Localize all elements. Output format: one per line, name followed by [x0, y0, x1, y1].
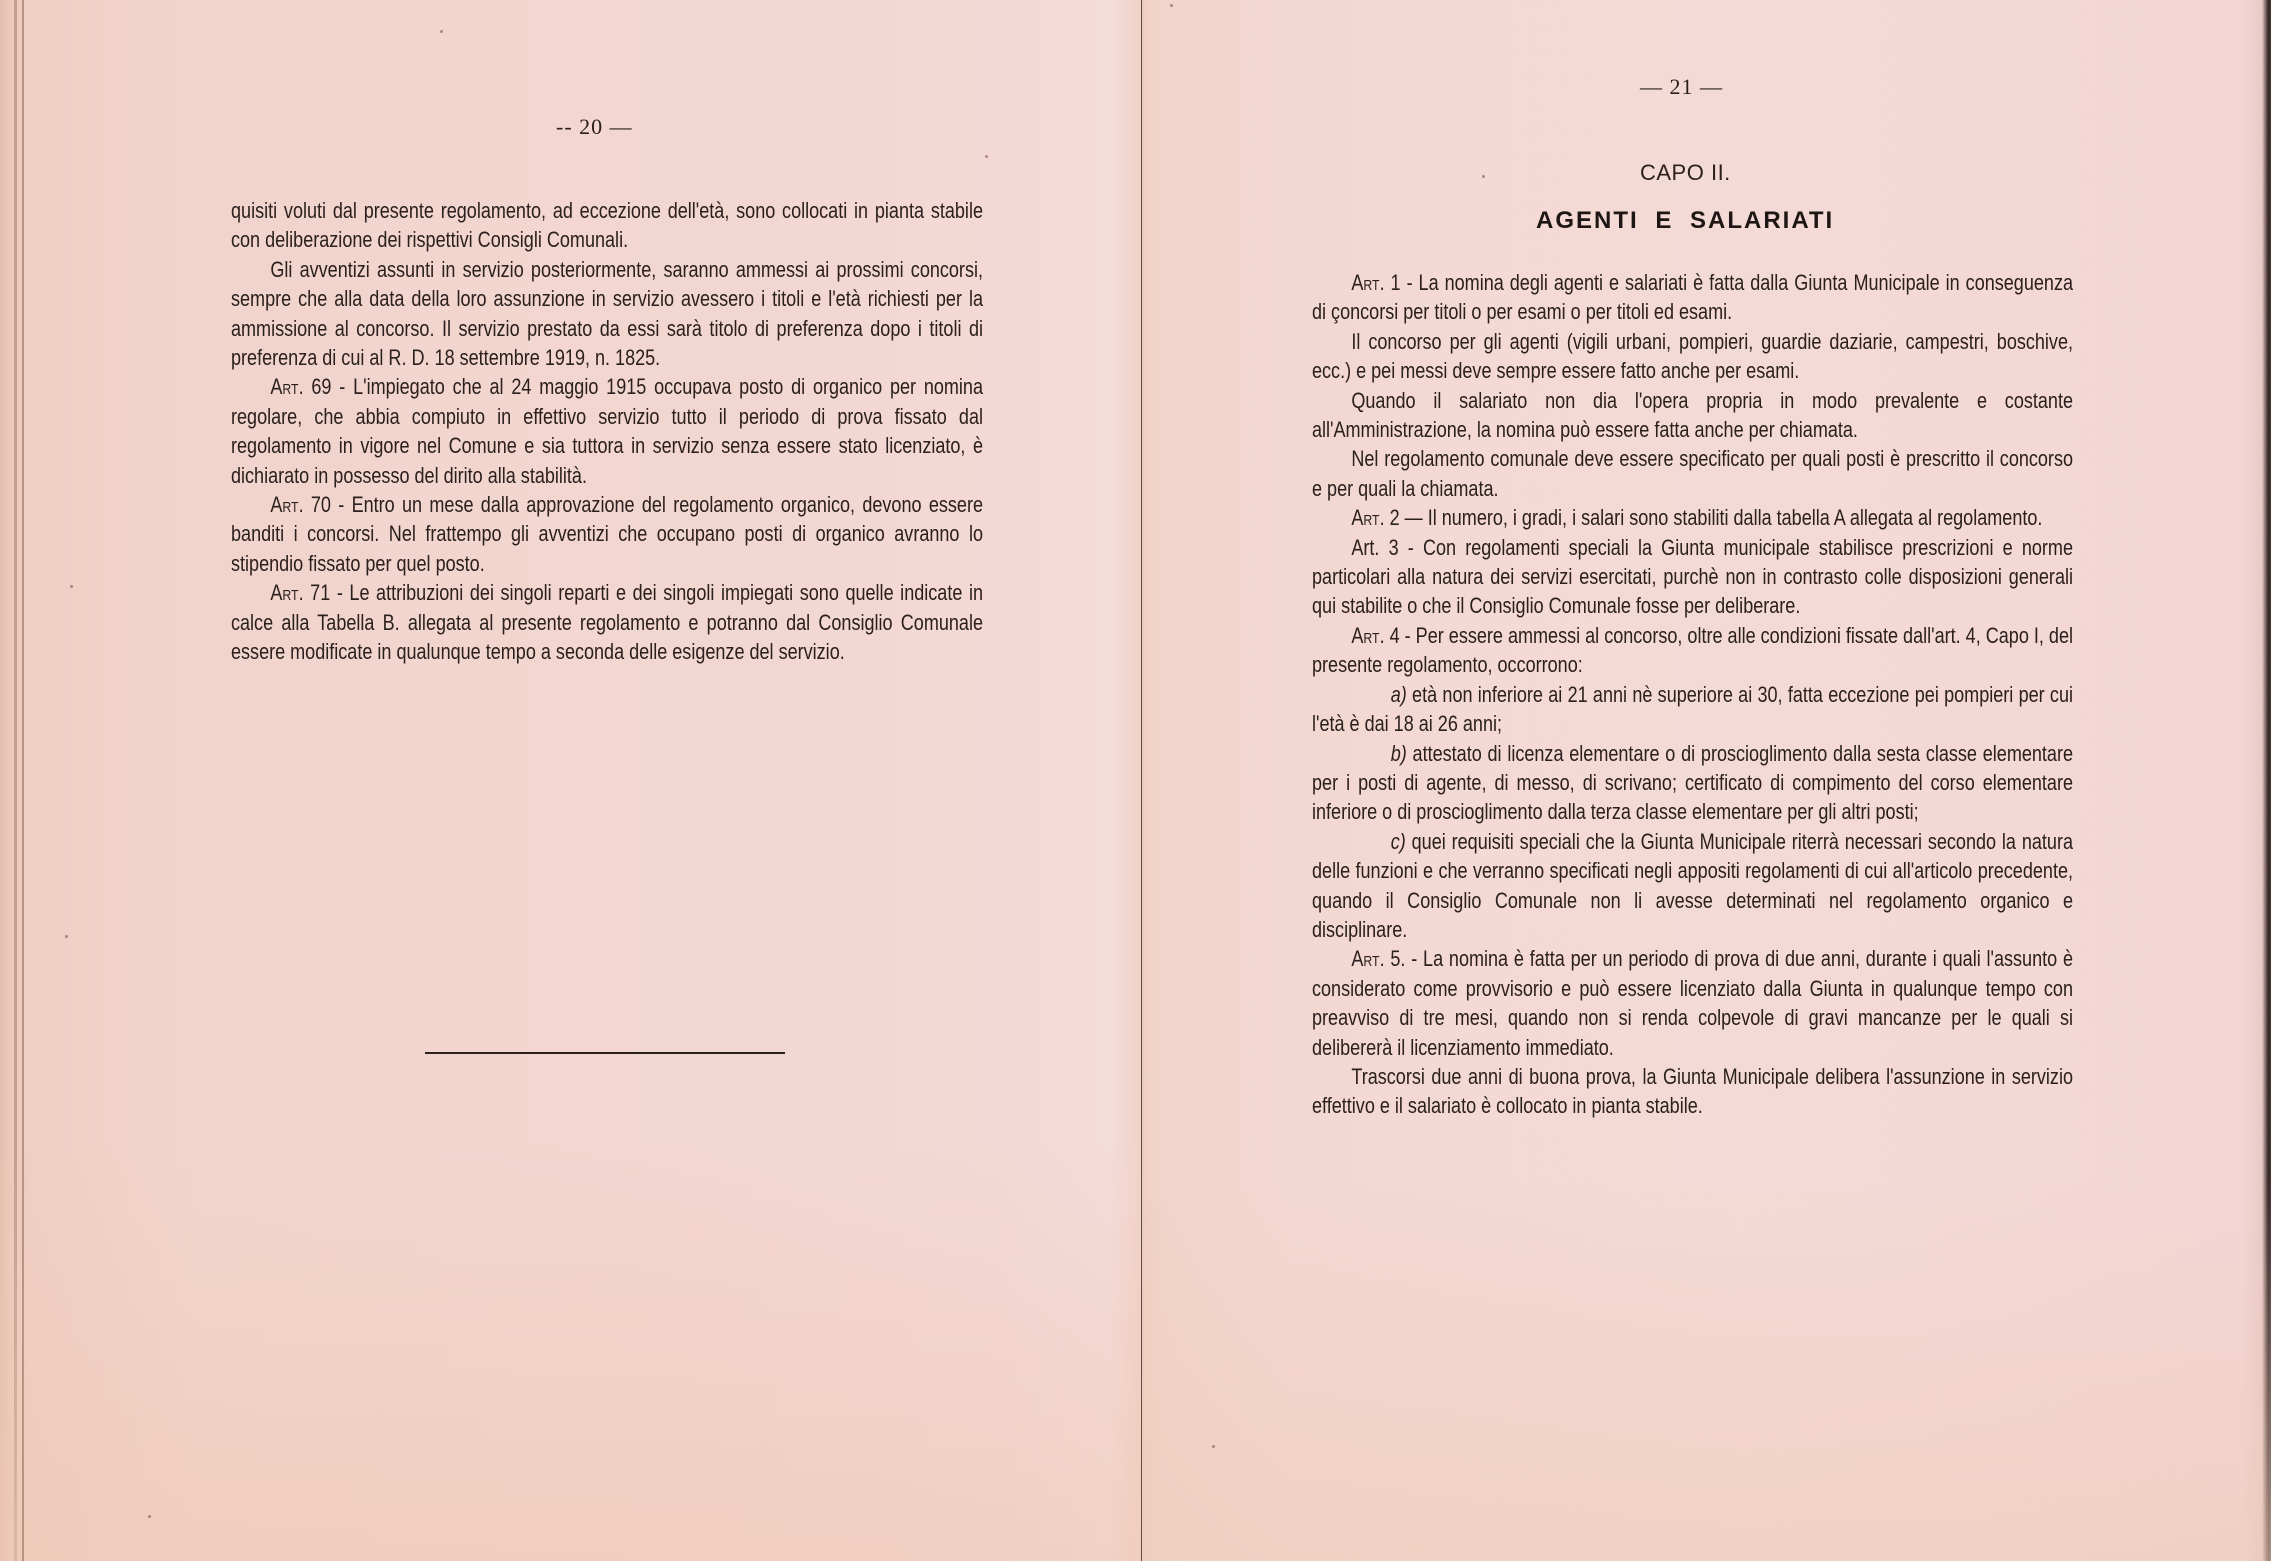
article-label: Art. 4	[1351, 623, 1399, 648]
paragraph-regolamento-comunale: Nel regolamento comunale deve essere spe…	[1312, 444, 2073, 503]
page-number-right: — 21 —	[1640, 74, 1723, 100]
paper-discoloration	[0, 1141, 1141, 1561]
paragraph-avventizi: Gli avventizi assunti in servizio poster…	[231, 255, 983, 373]
article-text: - Entro un mese dalla approvazione del r…	[231, 492, 983, 576]
left-page-body: quisiti voluti dal presente regolamento,…	[231, 196, 983, 667]
requirement-item-b: b) attestato di licenza elementare o di …	[1312, 739, 2073, 827]
end-of-chapter-rule	[425, 1052, 785, 1054]
paper-speck	[985, 155, 988, 158]
item-label: a)	[1391, 682, 1407, 707]
article-71: Art. 71 - Le attribuzioni dei singoli re…	[231, 578, 983, 666]
paragraph-continuation: quisiti voluti dal presente regolamento,…	[231, 196, 983, 255]
article-label: Art. 2	[1351, 505, 1399, 530]
article-text: — Il numero, i gradi, i salari sono stab…	[1400, 505, 2043, 530]
article-label: Art. 71	[270, 580, 330, 605]
article-text: - Per essere ammessi al concorso, oltre …	[1312, 623, 2073, 677]
article-text: - Le attribuzioni dei singoli reparti e …	[231, 580, 983, 664]
right-page-body: Art. 1 - La nomina degli agenti e salari…	[1312, 268, 2073, 1121]
article-label: Art. 5.	[1351, 946, 1405, 971]
item-text: quei requisiti speciali che la Giunta Mu…	[1312, 829, 2073, 942]
article-1: Art. 1 - La nomina degli agenti e salari…	[1312, 268, 2073, 327]
right-page: — 21 — CAPO II. AGENTI E SALARIATI Art. …	[1141, 0, 2271, 1561]
item-label: b)	[1391, 741, 1407, 766]
paper-speck	[1482, 175, 1485, 178]
paper-speck	[1170, 4, 1173, 7]
chapter-number: CAPO II.	[1640, 160, 1731, 186]
paragraph-chiamata: Quando il salariato non dia l'opera prop…	[1312, 386, 2073, 445]
item-text: attestato di licenza elementare o di pro…	[1312, 741, 2073, 825]
item-label: c)	[1391, 829, 1406, 854]
paragraph-concorso-agenti: Il concorso per gli agenti (vigili urban…	[1312, 327, 2073, 386]
article-70: Art. 70 - Entro un mese dalla approvazio…	[231, 490, 983, 578]
requirement-item-a: a) età non inferiore ai 21 anni nè super…	[1312, 680, 2073, 739]
article-2: Art. 2 — Il numero, i gradi, i salari so…	[1312, 503, 2073, 532]
chapter-title: AGENTI E SALARIATI	[1536, 207, 1834, 235]
paper-speck	[1212, 1445, 1215, 1448]
left-page: -- 20 — quisiti voluti dal presente rego…	[0, 0, 1141, 1561]
article-4: Art. 4 - Per essere ammessi al concorso,…	[1312, 621, 2073, 680]
paper-speck	[65, 935, 68, 938]
page-number-left: -- 20 —	[556, 114, 633, 140]
article-label: Art. 69	[270, 374, 331, 399]
item-text: età non inferiore ai 21 anni nè superior…	[1312, 682, 2073, 736]
article-69: Art. 69 - L'impiegato che al 24 maggio 1…	[231, 372, 983, 490]
article-text: - L'impiegato che al 24 maggio 1915 occu…	[231, 374, 983, 487]
requirement-item-c: c) quei requisiti speciali che la Giunta…	[1312, 827, 2073, 945]
article-text: - La nomina è fatta per un periodo di pr…	[1312, 946, 2073, 1059]
article-label: Art. 3	[1351, 535, 1398, 560]
article-label: Art. 70	[270, 492, 331, 517]
paper-speck	[440, 30, 443, 33]
article-text: - Con regolamenti speciali la Giunta mun…	[1312, 535, 2073, 619]
book-spread: -- 20 — quisiti voluti dal presente rego…	[0, 0, 2271, 1561]
paper-discoloration	[1142, 1181, 2271, 1561]
article-3: Art. 3 - Con regolamenti speciali la Giu…	[1312, 533, 2073, 621]
paper-speck	[148, 1515, 151, 1518]
article-label: Art. 1	[1351, 270, 1400, 295]
paper-speck	[70, 585, 73, 588]
article-text: - La nomina degli agenti e salariati è f…	[1312, 270, 2073, 324]
paragraph-trascorsi: Trascorsi due anni di buona prova, la Gi…	[1312, 1062, 2073, 1121]
article-5: Art. 5. - La nomina è fatta per un perio…	[1312, 944, 2073, 1062]
